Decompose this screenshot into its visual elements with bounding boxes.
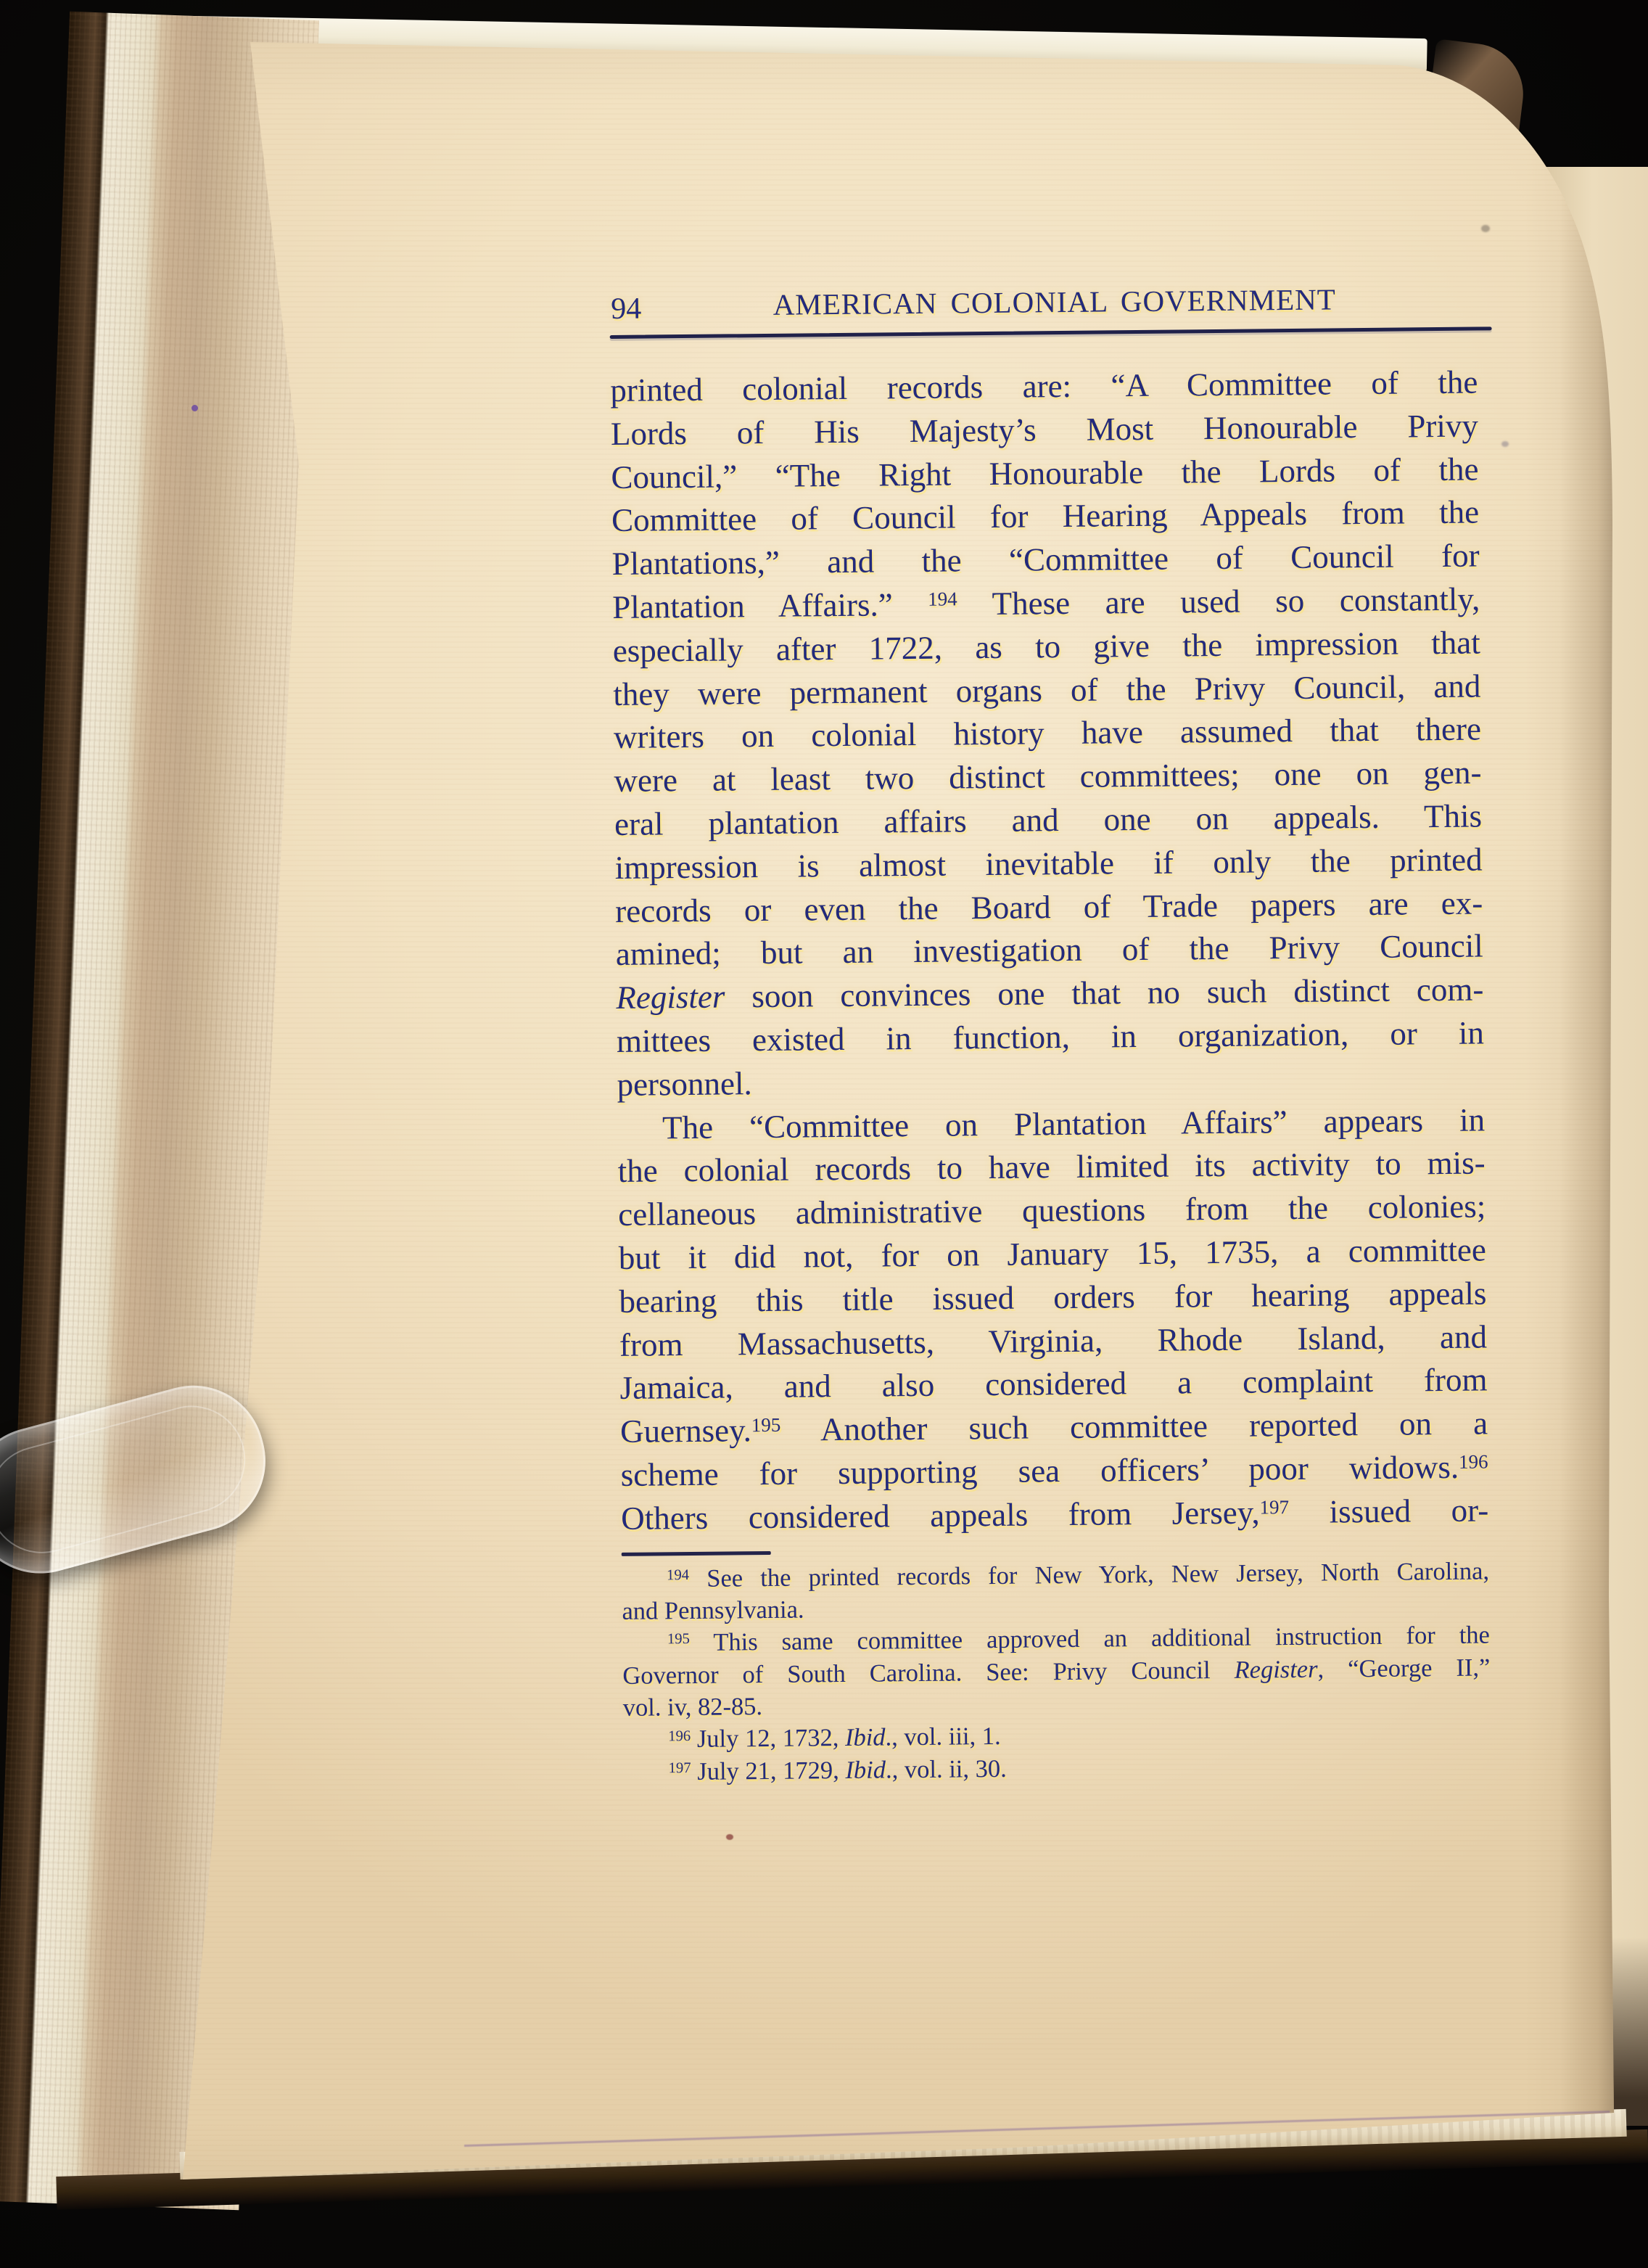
page-speck <box>1481 225 1490 232</box>
page-speck <box>726 1834 733 1840</box>
page-number: 94 <box>611 292 641 326</box>
body-line: bearing this title issued orders for hea… <box>619 1272 1487 1323</box>
body-line: especially after 1722, as to give the im… <box>613 621 1481 673</box>
body-line: but it did not, for on January 15, 1735,… <box>619 1228 1487 1280</box>
body-text: printed colonial records are: “A Committ… <box>610 361 1488 1541</box>
body-line: Lords of His Majesty’s Most Honourable P… <box>611 404 1479 456</box>
body-line: eral plantation affairs and one on appea… <box>614 794 1483 846</box>
body-line: impression is almost inevitable if only … <box>614 838 1483 889</box>
page-speck <box>1501 441 1509 447</box>
body-line: Others considered appeals from Jersey,19… <box>621 1489 1489 1540</box>
page-speck <box>191 405 198 411</box>
body-line: scheme for supporting sea officers’ poor… <box>620 1445 1488 1497</box>
header-rule <box>610 326 1492 339</box>
body-line: printed colonial records are: “A Committ… <box>610 361 1478 413</box>
footnotes: 194 See the printed records for New York… <box>622 1555 1491 1788</box>
footnote-rule <box>622 1550 771 1556</box>
body-line: Plantation Affairs.” 194 These are used … <box>612 578 1480 629</box>
running-header: 94 AMERICAN COLONIAL GOVERNMENT <box>609 279 1477 328</box>
body-line: mittees existed in function, in organiza… <box>617 1011 1485 1063</box>
running-title: AMERICAN COLONIAL GOVERNMENT <box>772 280 1336 323</box>
gutter-crease-shadow <box>1560 73 1614 2140</box>
book-photo: 94 AMERICAN COLONIAL GOVERNMENT printed … <box>0 0 1648 2268</box>
printed-text-block: 94 AMERICAN COLONIAL GOVERNMENT printed … <box>609 279 1491 1789</box>
